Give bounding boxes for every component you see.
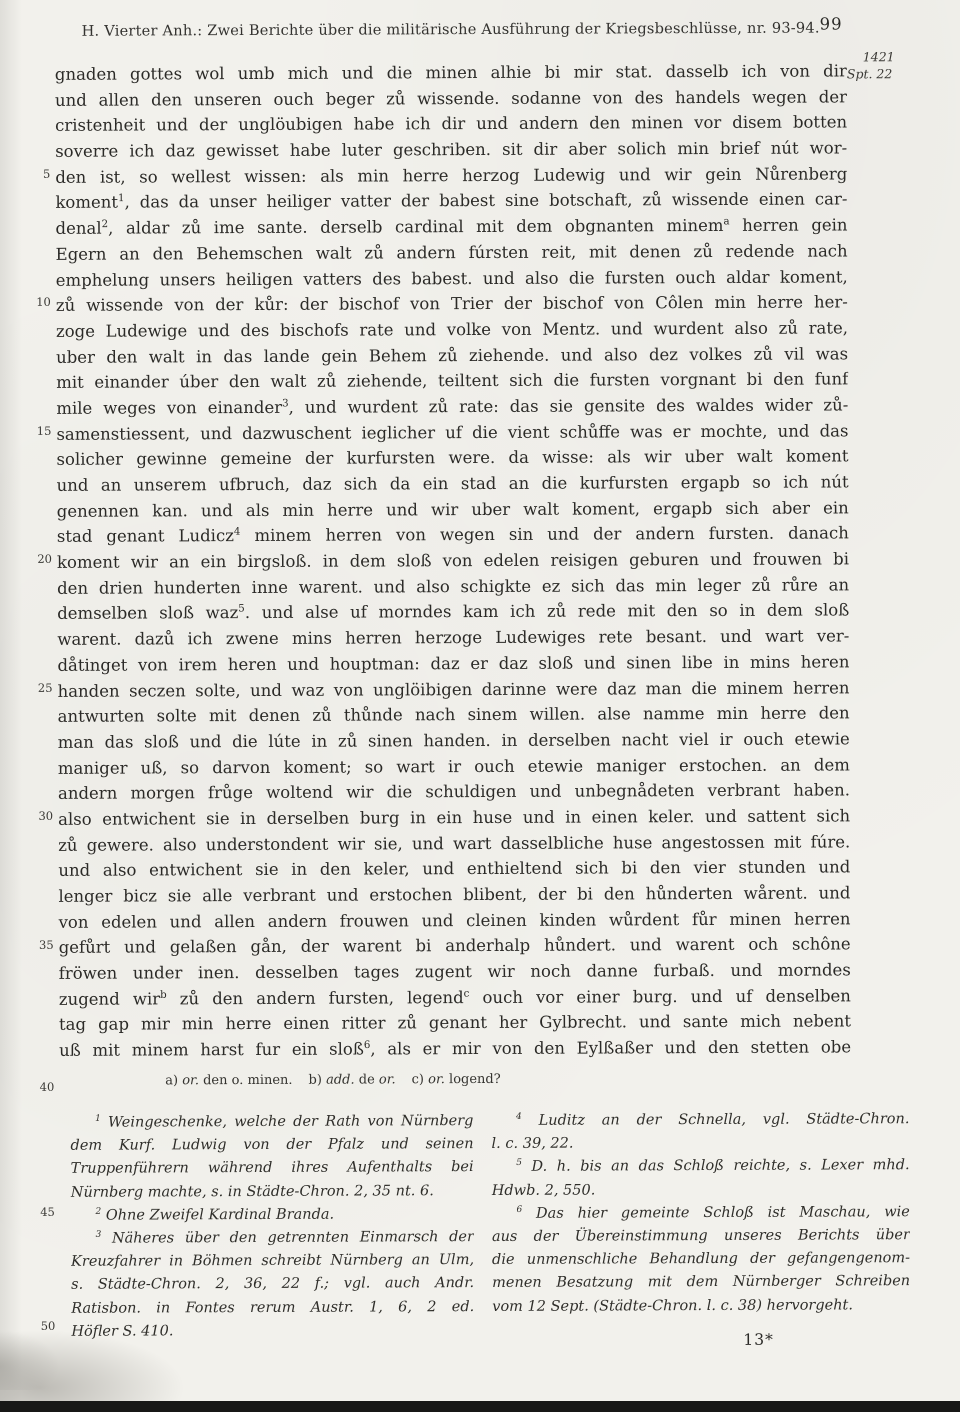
text-line: solicher gewinne gemeine der kurfursten … — [56, 444, 848, 473]
text-line: gefůrt und gelaßen gån, der warent bi an… — [59, 932, 851, 961]
line-number: 45 — [33, 1205, 55, 1219]
margin-date-year: 1421 — [847, 48, 943, 65]
scan-edge-bar — [0, 1401, 960, 1412]
text-line: zoge Ludewige und des bischofs rate und … — [56, 315, 848, 344]
text-line: Kreuzfahrer in Böhmen schreibt Nürnberg … — [71, 1249, 474, 1274]
text-line: lenger bicz sie alle verbrant und erstoc… — [58, 880, 850, 909]
margin-line-numbers: 5101520253035404550 — [0, 0, 958, 2]
text-line: tag gap mir min herre einen ritter zů ge… — [59, 1009, 851, 1038]
line-number: 20 — [30, 552, 52, 566]
text-line: den ist, so wellest wissen: als min herr… — [55, 161, 847, 190]
text-line: und allen den unseren ouch beger zů wiss… — [55, 84, 847, 113]
page-header: H. Vierter Anh.: Zwei Berichte über die … — [55, 16, 847, 43]
text-line: vom 12 Sept. (Städte-Chron. l. c. 38) he… — [492, 1294, 910, 1319]
text-line: man das sloß und die lúte in zů sinen ha… — [58, 726, 850, 755]
text-line: emphelung unsers heiligen vatters des ba… — [56, 264, 848, 293]
line-number: 30 — [31, 809, 53, 823]
text-line: Ratisbon. in Fontes rerum Austr. 1, 6, 2… — [71, 1296, 474, 1321]
text-line: 6 Das hier gemeinte Schloß ist Maschau, … — [492, 1201, 910, 1226]
text-line: andern morgen frůge woltend wir die schu… — [58, 778, 850, 807]
text-line: dåtinget von irem heren und houptman: da… — [57, 649, 849, 678]
line-number: 5 — [28, 167, 50, 181]
text-line: Egern an den Behemschen walt zů andern f… — [56, 238, 848, 267]
text-line: 5 D. h. bis an das Schloß reichte, s. Le… — [492, 1155, 910, 1180]
text-line: s. Städte-Chron. 2, 36, 22 f.; vgl. auch… — [71, 1272, 474, 1297]
text-line: mile weges von einander3, und wurdent zů… — [56, 392, 848, 421]
text-line: koment1, das da unser heiliger vatter de… — [55, 187, 847, 216]
text-line: aus der Übereinstimmung unseres Berichts… — [492, 1224, 910, 1249]
text-line: Nürnberg machte, s. in Städte-Chron. 2, … — [71, 1180, 474, 1205]
text-line: von edelen und allen andern frouwen und … — [59, 906, 851, 935]
text-line: demselben sloß waz5. und alse uf morndes… — [57, 598, 849, 627]
running-header: H. Vierter Anh.: Zwei Berichte über die … — [55, 16, 847, 43]
text-line: dem Kurf. Ludwig von der Pfalz und seine… — [70, 1133, 473, 1158]
text-line: soverre ich daz gewisset habe luter gesc… — [55, 135, 847, 164]
text-line: fröwen under inen. desselben tages zugen… — [59, 957, 851, 986]
text-line: die unmenschliche Behandlung der gefange… — [492, 1247, 910, 1272]
line-number: 35 — [32, 938, 54, 952]
text-line: uß mit minem harst fur ein sloß6, als er… — [59, 1035, 851, 1064]
text-line: antwurten solte mit denen zů thůnde nach… — [58, 701, 850, 730]
text-line: mit einander úber den walt zů ziehende, … — [56, 367, 848, 396]
line-number: 15 — [29, 424, 51, 438]
text-line: samenstiessent, und dazwuschent iegliche… — [56, 418, 848, 447]
line-number: 25 — [31, 681, 53, 695]
margin-date-note: 1421 Spt. 22 — [847, 48, 943, 82]
page-number: 99 — [820, 14, 843, 33]
line-number: 40 — [32, 1080, 54, 1094]
footnotes-left-column: 1 Weingeschenke, welche der Rath von Nür… — [70, 1110, 474, 1344]
text-line: stad genant Ludicz4 minem herren von weg… — [57, 521, 849, 550]
text-line: uber den walt in das lande gein Behem zů… — [56, 341, 848, 370]
page-sheet: H. Vierter Anh.: Zwei Berichte über die … — [0, 0, 960, 1412]
text-line: menen Besatzung mit dem Nürnberger Schre… — [492, 1270, 910, 1295]
apparatus-entry: c) or. logend? — [412, 1072, 501, 1087]
text-line: und also entwichent sie in den keler, un… — [58, 855, 850, 884]
text-line: zugend wirb zů den andern fursten, legen… — [59, 983, 851, 1012]
text-line: genennen kan. und als min herre und wir … — [57, 495, 849, 524]
footnotes-right-column: 4 Luditz an der Schnella, vgl. Städte-Ch… — [491, 1108, 910, 1319]
critical-apparatus: a) or. den o. minen.b) add. de or.c) or.… — [165, 1071, 785, 1089]
text-line: cristenheit und der unglöubigen habe ich… — [55, 110, 847, 139]
signature-mark: 13* — [743, 1331, 774, 1349]
text-line: und an unserem ufbruch, daz sich da ein … — [57, 469, 849, 498]
text-line: denal2, aldar zů ime sante. derselb card… — [55, 213, 847, 242]
text-line: maniger uß, so darvon koment; so wart ir… — [58, 752, 850, 781]
body-text: gnaden gottes wol umb mich und die minen… — [55, 58, 851, 1063]
text-line: 1 Weingeschenke, welche der Rath von Nür… — [70, 1110, 473, 1135]
margin-date-day: Spt. 22 — [847, 65, 943, 82]
text-line: den drien hunderten inne warent. und als… — [57, 572, 849, 601]
text-line: zů wissende von der kůr: der bischof von… — [56, 290, 848, 319]
text-line: l. c. 39, 22. — [491, 1131, 909, 1156]
text-line: Hdwb. 2, 550. — [492, 1178, 910, 1203]
text-line: handen seczen solte, und waz von unglöib… — [57, 675, 849, 704]
text-line: 4 Luditz an der Schnella, vgl. Städte-Ch… — [491, 1108, 909, 1133]
scanned-book-page: H. Vierter Anh.: Zwei Berichte über die … — [0, 0, 960, 1412]
text-line: koment wir an ein birgsloß. in dem sloß … — [57, 546, 849, 575]
text-line: also entwichent sie in derselben burg in… — [58, 803, 850, 832]
text-line: gnaden gottes wol umb mich und die minen… — [55, 58, 847, 87]
line-number: 10 — [29, 295, 51, 309]
text-line: 2 Ohne Zweifel Kardinal Branda. — [71, 1203, 474, 1228]
scan-smudge — [0, 1328, 190, 1408]
text-line: 3 Näheres über den getrennten Einmarsch … — [71, 1226, 474, 1251]
text-line: warent. dazů ich zwene mins herren herzo… — [57, 624, 849, 653]
text-line: Truppenführern während ihres Aufenthalts… — [71, 1156, 474, 1181]
apparatus-entry: a) or. den o. minen. — [165, 1073, 292, 1089]
apparatus-entry: b) add. de or. — [309, 1072, 396, 1087]
text-line: zů gewere. also understondent wir sie, u… — [58, 829, 850, 858]
